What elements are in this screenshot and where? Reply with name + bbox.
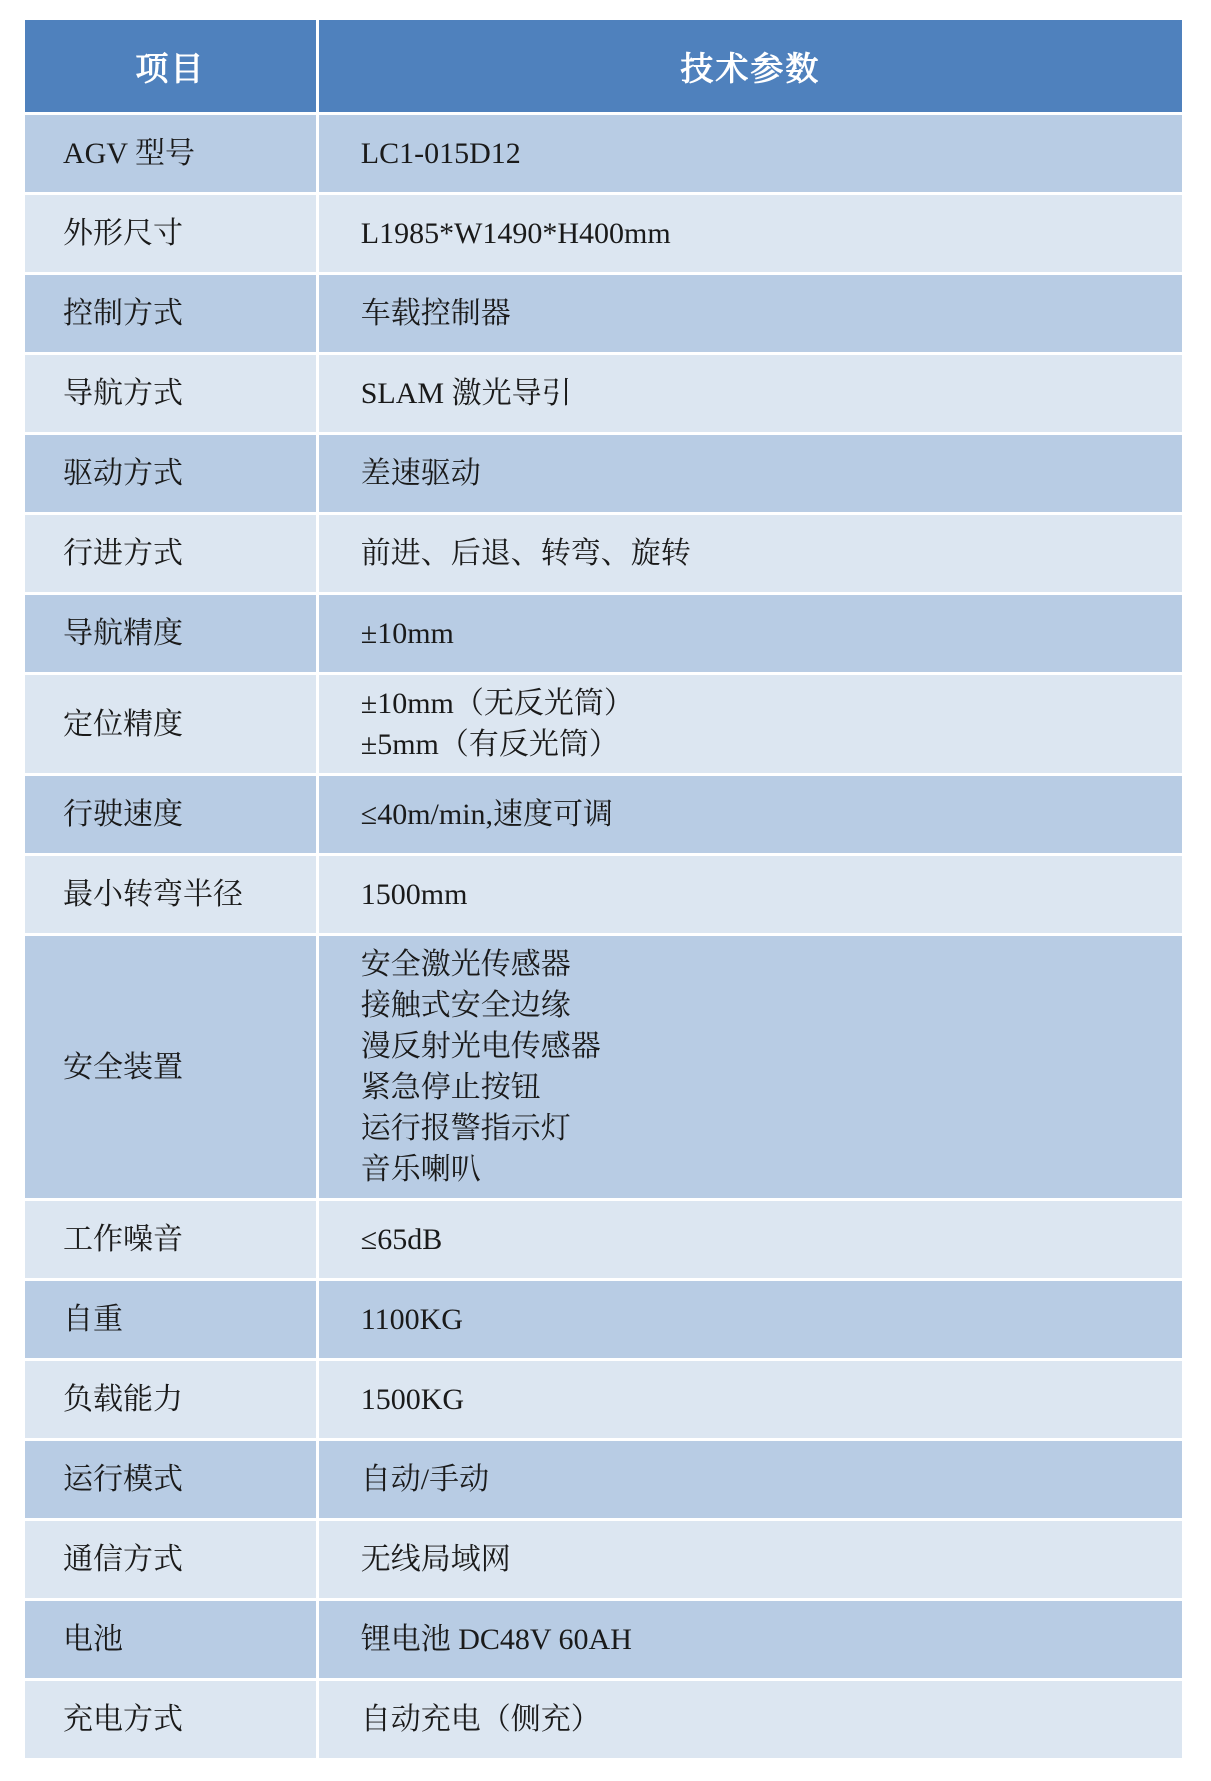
spec-row-value: 1500KG — [319, 1361, 1182, 1438]
spec-row-value: ≤40m/min,速度可调 — [319, 776, 1182, 853]
document-page: 项目 技术参数 AGV 型号 LC1-015D12 外形尺寸 L1985*W14… — [0, 0, 1211, 1781]
spec-row-label: 控制方式 — [25, 275, 316, 352]
table-row: 充电方式 自动充电（侧充） — [25, 1681, 1182, 1758]
spec-row-label: 驱动方式 — [25, 435, 316, 512]
spec-row-value: 安全激光传感器接触式安全边缘漫反射光电传感器紧急停止按钮运行报警指示灯音乐喇叭 — [319, 936, 1182, 1198]
spec-row-label: 最小转弯半径 — [25, 856, 316, 933]
spec-row-value: LC1-015D12 — [319, 115, 1182, 192]
spec-row-label: 导航方式 — [25, 355, 316, 432]
spec-row-label: AGV 型号 — [25, 115, 316, 192]
table-row: 导航精度 ±10mm — [25, 595, 1182, 672]
spec-value-line: 紧急停止按钮 — [361, 1067, 1172, 1108]
spec-value-line: 锂电池 DC48V 60AH — [361, 1619, 1172, 1660]
spec-row-value: SLAM 激光导引 — [319, 355, 1182, 432]
spec-row-label: 行进方式 — [25, 515, 316, 592]
table-row: 行驶速度 ≤40m/min,速度可调 — [25, 776, 1182, 853]
table-row: 运行模式 自动/手动 — [25, 1441, 1182, 1518]
spec-value-line: ±10mm — [361, 613, 1172, 654]
spec-table-body: AGV 型号 LC1-015D12 外形尺寸 L1985*W1490*H400m… — [25, 115, 1182, 1758]
spec-value-line: ±10mm（无反光筒） — [361, 683, 1172, 724]
spec-row-value: 无线局域网 — [319, 1521, 1182, 1598]
spec-row-value: ±10mm — [319, 595, 1182, 672]
spec-row-label: 电池 — [25, 1601, 316, 1678]
spec-value-line: 运行报警指示灯 — [361, 1108, 1172, 1149]
spec-row-value: ±10mm（无反光筒）±5mm（有反光筒） — [319, 675, 1182, 773]
spec-row-value: L1985*W1490*H400mm — [319, 195, 1182, 272]
table-row: 导航方式 SLAM 激光导引 — [25, 355, 1182, 432]
spec-value-line: 差速驱动 — [361, 453, 1172, 494]
spec-row-value: 锂电池 DC48V 60AH — [319, 1601, 1182, 1678]
spec-value-line: L1985*W1490*H400mm — [361, 213, 1172, 254]
spec-value-line: ≤40m/min,速度可调 — [361, 794, 1172, 835]
table-row: 负载能力 1500KG — [25, 1361, 1182, 1438]
spec-table: 项目 技术参数 AGV 型号 LC1-015D12 外形尺寸 L1985*W14… — [22, 17, 1185, 1761]
spec-row-label: 导航精度 — [25, 595, 316, 672]
table-row: 控制方式 车载控制器 — [25, 275, 1182, 352]
spec-row-label: 工作噪音 — [25, 1201, 316, 1278]
spec-value-line: 自动充电（侧充） — [361, 1699, 1172, 1740]
column-header-parameters: 技术参数 — [319, 20, 1182, 112]
spec-value-line: 自动/手动 — [361, 1459, 1172, 1500]
spec-row-label: 充电方式 — [25, 1681, 316, 1758]
table-row: 驱动方式 差速驱动 — [25, 435, 1182, 512]
column-header-item: 项目 — [25, 20, 316, 112]
spec-row-label: 安全装置 — [25, 936, 316, 1198]
spec-row-label: 运行模式 — [25, 1441, 316, 1518]
spec-value-line: 安全激光传感器 — [361, 944, 1172, 985]
spec-value-line: 接触式安全边缘 — [361, 985, 1172, 1026]
table-row: 通信方式 无线局域网 — [25, 1521, 1182, 1598]
table-row: 最小转弯半径 1500mm — [25, 856, 1182, 933]
spec-value-line: 1500KG — [361, 1379, 1172, 1420]
table-row: 电池 锂电池 DC48V 60AH — [25, 1601, 1182, 1678]
spec-row-value: 前进、后退、转弯、旋转 — [319, 515, 1182, 592]
spec-value-line: ±5mm（有反光筒） — [361, 724, 1172, 765]
spec-row-value: 差速驱动 — [319, 435, 1182, 512]
spec-value-line: SLAM 激光导引 — [361, 373, 1172, 414]
spec-value-line: 车载控制器 — [361, 293, 1172, 334]
spec-value-line: 音乐喇叭 — [361, 1149, 1172, 1190]
spec-row-label: 自重 — [25, 1281, 316, 1358]
table-row: 定位精度 ±10mm（无反光筒）±5mm（有反光筒） — [25, 675, 1182, 773]
table-row: 安全装置 安全激光传感器接触式安全边缘漫反射光电传感器紧急停止按钮运行报警指示灯… — [25, 936, 1182, 1198]
spec-row-value: ≤65dB — [319, 1201, 1182, 1278]
table-row: AGV 型号 LC1-015D12 — [25, 115, 1182, 192]
spec-row-label: 负载能力 — [25, 1361, 316, 1438]
spec-row-value: 1100KG — [319, 1281, 1182, 1358]
spec-row-label: 通信方式 — [25, 1521, 316, 1598]
spec-value-line: LC1-015D12 — [361, 133, 1172, 174]
spec-row-label: 行驶速度 — [25, 776, 316, 853]
spec-row-value: 1500mm — [319, 856, 1182, 933]
table-row: 外形尺寸 L1985*W1490*H400mm — [25, 195, 1182, 272]
spec-row-value: 自动/手动 — [319, 1441, 1182, 1518]
spec-table-header-row: 项目 技术参数 — [25, 20, 1182, 112]
spec-value-line: 漫反射光电传感器 — [361, 1026, 1172, 1067]
spec-value-line: 前进、后退、转弯、旋转 — [361, 533, 1172, 574]
table-row: 自重 1100KG — [25, 1281, 1182, 1358]
spec-value-line: 无线局域网 — [361, 1539, 1172, 1580]
table-row: 行进方式 前进、后退、转弯、旋转 — [25, 515, 1182, 592]
spec-row-label: 定位精度 — [25, 675, 316, 773]
spec-row-value: 自动充电（侧充） — [319, 1681, 1182, 1758]
table-row: 工作噪音 ≤65dB — [25, 1201, 1182, 1278]
spec-value-line: 1500mm — [361, 874, 1172, 915]
spec-value-line: ≤65dB — [361, 1219, 1172, 1260]
spec-value-line: 1100KG — [361, 1299, 1172, 1340]
spec-row-label: 外形尺寸 — [25, 195, 316, 272]
spec-row-value: 车载控制器 — [319, 275, 1182, 352]
